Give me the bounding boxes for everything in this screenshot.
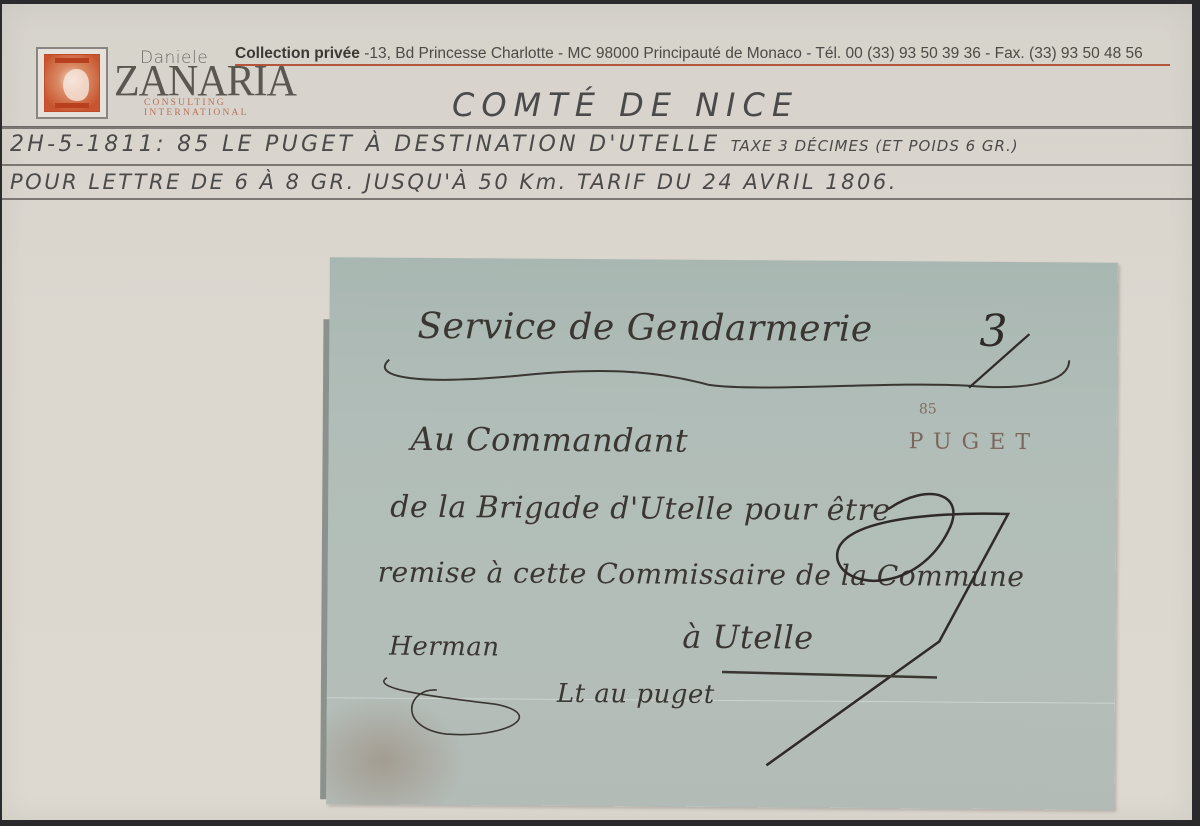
frame-edge-right	[1192, 0, 1200, 826]
guide-line	[2, 198, 1192, 200]
stamp-icon	[44, 54, 100, 112]
logo-subtitle-2: INTERNATIONAL	[144, 108, 249, 118]
stamp-band-bottom	[55, 103, 89, 108]
stamp-portrait	[63, 69, 89, 101]
guide-line	[2, 127, 1192, 129]
collection-label: Collection privée	[235, 45, 360, 62]
annotation-line-1-main: 2H-5-1811: 85 LE PUGET À DESTINATION D'U…	[10, 132, 731, 157]
letter-cover: Service de Gendarmerie 3 85 PUGET Au Com…	[326, 257, 1118, 809]
annotation-line-2: POUR LETTRE DE 6 À 8 GR. JUSQU'À 50 Km. …	[10, 170, 898, 194]
annotation-line-1: 2H-5-1811: 85 LE PUGET À DESTINATION D'U…	[10, 132, 1019, 157]
album-page: Daniele ZANARIA CONSULTING INTERNATIONAL…	[2, 4, 1192, 820]
frame-edge-bottom	[0, 820, 1200, 826]
ink-flourishes	[326, 257, 1118, 809]
logo-stamp	[36, 47, 108, 119]
header-rule	[235, 64, 1170, 66]
stamp-band-top	[55, 58, 89, 63]
guide-line	[2, 164, 1192, 166]
annotation-line-1-small: TAXE 3 DÉCIMES (ET POIDS 6 GR.)	[731, 137, 1019, 155]
annotation-title: COMTÉ DE NICE	[452, 86, 799, 124]
address-text: -13, Bd Princesse Charlotte - MC 98000 P…	[360, 45, 1143, 62]
header-address: Collection privée -13, Bd Princesse Char…	[235, 45, 1143, 63]
logo-subtitle-1: CONSULTING	[144, 98, 226, 108]
